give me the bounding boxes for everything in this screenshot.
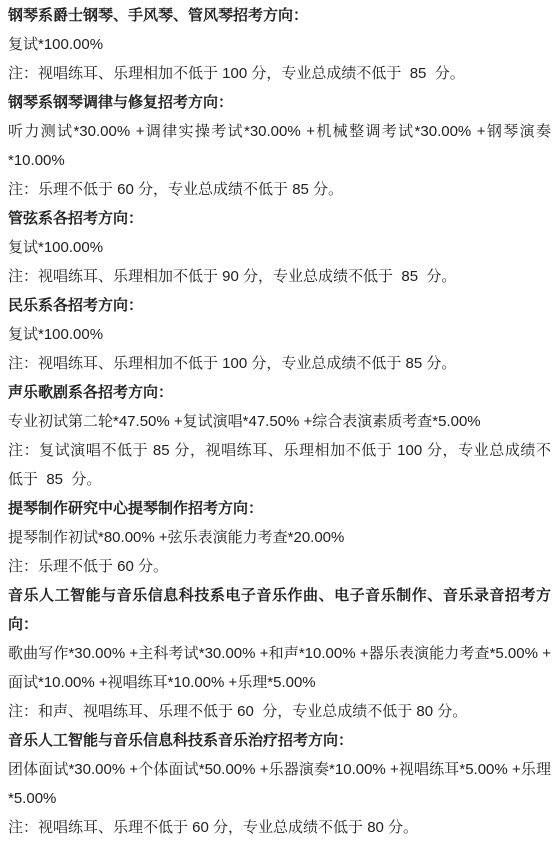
note-line: 注：视唱练耳、乐理相加不低于 90 分，专业总成绩不低于 85 分。 [8,262,551,291]
formula-line: 复试*100.00% [8,233,551,262]
note-line: 注：视唱练耳、乐理相加不低于 100 分，专业总成绩不低于 85 分。 [8,59,551,88]
formula-line: 专业初试第二轮*47.50% +复试演唱*47.50% +综合表演素质考查*5.… [8,407,551,436]
formula-line: 面试*10.00% +视唱练耳*10.00% +乐理*5.00% [8,668,551,697]
note-line: 低于 85 分。 [8,465,551,494]
formula-line: 复试*100.00% [8,30,551,59]
section-heading: 钢琴系钢琴调律与修复招考方向： [8,88,551,117]
section-heading: 提琴制作研究中心提琴制作招考方向： [8,494,551,523]
note-line: 注：视唱练耳、乐理相加不低于 100 分，专业总成绩不低于 85 分。 [8,349,551,378]
section-heading: 管弦系各招考方向： [8,204,551,233]
section-heading: 钢琴系爵士钢琴、手风琴、管风琴招考方向： [8,1,551,30]
note-line: 注：和声、视唱练耳、乐理不低于 60 分，专业总成绩不低于 80 分。 [8,697,551,726]
formula-line: 歌曲写作*30.00% +主科考试*30.00% +和声*10.00% +器乐表… [8,639,551,668]
formula-line: 团体面试*30.00% +个体面试*50.00% +乐器演奏*10.00% +视… [8,755,551,784]
formula-line: 提琴制作初试*80.00% +弦乐表演能力考查*20.00% [8,523,551,552]
note-line: 注：乐理不低于 60 分，专业总成绩不低于 85 分。 [8,175,551,204]
formula-line: *10.00% [8,146,551,175]
section-heading: 音乐人工智能与音乐信息科技系电子音乐作曲、电子音乐制作、音乐录音招考方 [8,581,551,610]
section-heading: 向： [8,610,551,639]
section-heading: 民乐系各招考方向： [8,291,551,320]
section-heading: 声乐歌剧系各招考方向： [8,378,551,407]
formula-line: 复试*100.00% [8,320,551,349]
note-line: 注：视唱练耳、乐理不低于 60 分，专业总成绩不低于 80 分。 [8,813,551,842]
formula-line: *5.00% [8,784,551,813]
note-line: 注：乐理不低于 60 分。 [8,552,551,581]
section-heading: 音乐人工智能与音乐信息科技系音乐治疗招考方向： [8,726,551,755]
formula-line: 听力测试*30.00% +调律实操考试*30.00% +机械整调考试*30.00… [8,117,551,146]
note-line: 注：复试演唱不低于 85 分，视唱练耳、乐理相加不低于 100 分，专业总成绩不 [8,436,551,465]
document-page: 钢琴系爵士钢琴、手风琴、管风琴招考方向： 复试*100.00% 注：视唱练耳、乐… [0,0,559,842]
